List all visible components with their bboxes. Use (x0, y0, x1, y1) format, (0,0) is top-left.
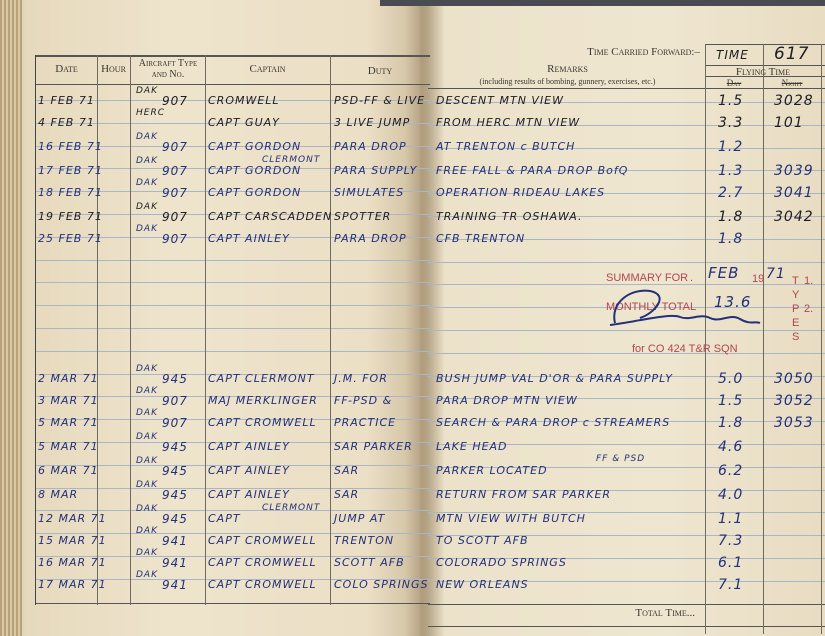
entry-duty: COLO SPRINGS (334, 578, 429, 591)
entry-remarks: SEARCH & PARA DROP c STREAMERS (436, 416, 670, 429)
total-time-label: Total Time... (560, 608, 695, 619)
entry-day-time: 1.5 (718, 393, 743, 409)
header-flying-time: Flying Time (705, 67, 821, 78)
entry-aircraft-type: DAK (136, 480, 158, 490)
entry-date: 2 MAR 71 (38, 372, 99, 385)
entry-remarks: CFB TRENTON (436, 232, 525, 245)
entry-aircraft-type: DAK (136, 86, 158, 96)
entry-remarks: AT TRENTON c BUTCH (436, 140, 575, 153)
entry-aircraft-no: 907 (162, 186, 188, 200)
entry-remarks: OPERATION RIDEAU LAKES (436, 186, 605, 199)
header-night: Night (763, 78, 821, 89)
entry-remarks-note: FF & PSD (596, 454, 645, 464)
entry-captain: CAPT GORDON (208, 164, 301, 177)
entry-date: 5 MAR 71 (38, 440, 99, 453)
entry-day-time: 1.8 (718, 415, 743, 431)
entry-remarks: NEW ORLEANS (436, 578, 529, 591)
background-strip (380, 0, 825, 6)
entry-day-time: 7.3 (718, 533, 743, 549)
header-top-rule (35, 55, 430, 57)
entry-duty: SAR (334, 464, 359, 477)
footer-rule-left (35, 603, 430, 604)
entry-remarks: COLORADO SPRINGS (436, 556, 567, 569)
entry-aircraft-type: DAK (136, 202, 158, 212)
entry-aircraft-no: 907 (162, 232, 188, 246)
carried-forward-value: 617 (774, 44, 809, 64)
entry-night-time: 3053 (774, 415, 814, 431)
entry-aircraft-no: 945 (162, 372, 188, 386)
entry-date: 3 MAR 71 (38, 394, 99, 407)
entry-duty: PARA DROP (334, 232, 407, 245)
ruled-line (428, 353, 825, 354)
entry-captain: CROMWELL (208, 94, 280, 107)
entry-duty: SAR (334, 488, 359, 501)
entry-remarks: PARKER LOCATED (436, 464, 548, 477)
entry-day-time: 3.3 (718, 115, 743, 131)
entry-aircraft-no: 907 (162, 416, 188, 430)
entry-duty: TRENTON (334, 534, 394, 547)
entry-day-time: 1.3 (718, 163, 743, 179)
entry-aircraft-no: 907 (162, 394, 188, 408)
page-edges (0, 0, 22, 636)
for-co-label: for CO 424 T&R SQN (632, 343, 738, 355)
entry-aircraft-type: DAK (136, 570, 158, 580)
col-night-right (821, 44, 822, 634)
ruled-line (428, 262, 825, 263)
entry-day-time: 5.0 (718, 371, 743, 387)
header-duty: Duty (330, 66, 430, 77)
entry-aircraft-type: DAK (136, 548, 158, 558)
entry-night-time: 3052 (774, 393, 814, 409)
entry-aircraft-type: DAK (136, 432, 158, 442)
entry-day-time: 1.5 (718, 93, 743, 109)
entry-captain: CAPT AINLEY (208, 488, 290, 501)
entry-captain: CAPT GUAY (208, 116, 280, 129)
logbook-spread: Date Hour Aircraft Type and No. Captain … (0, 0, 825, 636)
entry-remarks: RETURN FROM SAR PARKER (436, 488, 611, 501)
total-rule (428, 626, 825, 627)
entry-aircraft-no: 907 (162, 140, 188, 154)
header-captain: Captain (205, 64, 330, 75)
header-date: Date (36, 64, 97, 75)
entry-captain: CAPT AINLEY (208, 464, 290, 477)
types-letter: E (792, 317, 799, 329)
entry-remarks: TO SCOTT AFB (436, 534, 529, 547)
entry-day-time: 2.7 (718, 185, 743, 201)
entry-aircraft-type: DAK (136, 386, 158, 396)
entry-captain-correction: CLERMONT (262, 155, 320, 165)
entry-aircraft-no: 907 (162, 210, 188, 224)
entry-day-time: 6.2 (718, 463, 743, 479)
entry-date: 1 FEB 71 (38, 94, 95, 107)
entry-remarks: PARA DROP MTN VIEW (436, 394, 578, 407)
entry-captain: CAPT CROMWELL (208, 534, 317, 547)
type-2-label: 2. (804, 303, 813, 315)
time-carried-forward-label: Time Carried Forward:– (540, 47, 700, 58)
entry-aircraft-type: DAK (136, 408, 158, 418)
entry-day-time: 4.0 (718, 487, 743, 503)
entry-duty: PSD-FF & LIVE (334, 94, 425, 107)
header-bottom-rule (35, 84, 430, 85)
entry-date: 18 FEB 71 (38, 186, 103, 199)
entry-captain: CAPT AINLEY (208, 440, 290, 453)
ruled-line (35, 351, 430, 352)
entry-remarks: BUSH JUMP VAL D'OR & PARA SUPPLY (436, 372, 673, 385)
entry-remarks: FROM HERC MTN VIEW (436, 116, 580, 129)
carried-forward-time-label: TIME (716, 48, 749, 62)
types-letter: P (792, 303, 799, 315)
header-remarks-sub: (including results of bombing, gunnery, … (430, 76, 705, 87)
entry-day-time: 1.8 (718, 209, 743, 225)
entry-date: 25 FEB 71 (38, 232, 103, 245)
entry-day-time: 7.1 (718, 577, 743, 593)
entry-aircraft-no: 941 (162, 534, 188, 548)
entry-aircraft-no: 941 (162, 578, 188, 592)
entry-duty: SAR PARKER (334, 440, 413, 453)
entry-date: 5 MAR 71 (38, 416, 99, 429)
entry-captain: CAPT GORDON (208, 186, 301, 199)
entry-duty: PARA SUPPLY (334, 164, 417, 177)
entry-night-time: 101 (774, 115, 804, 131)
entry-aircraft-type: DAK (136, 224, 158, 234)
entry-duty: SPOTTER (334, 210, 391, 223)
entry-aircraft-type: DAK (136, 156, 158, 166)
entry-aircraft-no: 945 (162, 440, 188, 454)
summary-month: FEB (708, 264, 739, 282)
entry-captain: CAPT CARSCADDEN (208, 210, 332, 223)
entry-aircraft-no: 945 (162, 488, 188, 502)
entry-date: 15 MAR 71 (38, 534, 107, 547)
entry-captain: CAPT GORDON (208, 140, 301, 153)
footer-rule-right (428, 604, 825, 605)
entry-duty: SCOTT AFB (334, 556, 405, 569)
entry-captain: CAPT CLERMONT (208, 372, 315, 385)
entry-captain: CAPT (208, 512, 241, 525)
entry-captain: CAPT CROMWELL (208, 556, 317, 569)
entry-aircraft-type: DAK (136, 526, 158, 536)
entry-day-time: 1.8 (718, 231, 743, 247)
signature-icon (600, 283, 770, 343)
entry-duty: JUMP AT (334, 512, 385, 525)
ruled-line (35, 260, 430, 261)
header-aircraft: Aircraft Type and No. (133, 58, 203, 80)
entry-aircraft-type: HERC (136, 108, 165, 118)
entry-aircraft-type: DAK (136, 178, 158, 188)
types-letter: Y (792, 289, 799, 301)
entry-aircraft-no: 907 (162, 94, 188, 108)
entry-captain-correction: CLERMONT (262, 503, 320, 513)
entry-night-time: 3041 (774, 185, 814, 201)
entry-night-time: 3042 (774, 209, 814, 225)
entry-duty: J.M. FOR (334, 372, 388, 385)
entry-aircraft-type: DAK (136, 456, 158, 466)
entry-remarks: LAKE HEAD (436, 440, 508, 453)
summary-year-suffix: 71 (766, 266, 786, 282)
ruled-line (35, 305, 430, 306)
entry-captain: MAJ MERKLINGER (208, 394, 318, 407)
entry-day-time: 6.1 (718, 555, 743, 571)
entry-duty: PRACTICE (334, 416, 396, 429)
entry-night-time: 3050 (774, 371, 814, 387)
entry-duty: PARA DROP (334, 140, 407, 153)
entry-aircraft-no: 945 (162, 464, 188, 478)
entry-date: 12 MAR 71 (38, 512, 107, 525)
col-hour-divider (130, 55, 131, 605)
col-captain-divider (330, 55, 331, 605)
entry-date: 6 MAR 71 (38, 464, 99, 477)
entry-day-time: 4.6 (718, 439, 743, 455)
entry-aircraft-no: 907 (162, 164, 188, 178)
entry-aircraft-no: 945 (162, 512, 188, 526)
entry-remarks: DESCENT MTN VIEW (436, 94, 564, 107)
ruled-line (35, 282, 430, 283)
header-hour: Hour (97, 64, 130, 75)
entry-aircraft-no: 941 (162, 556, 188, 570)
entry-remarks: MTN VIEW WITH BUTCH (436, 512, 586, 525)
types-letter: S (792, 331, 799, 343)
left-margin-line (35, 55, 36, 605)
entry-aircraft-type: DAK (136, 504, 158, 514)
header-day: Day (705, 78, 763, 89)
entry-aircraft-type: DAK (136, 364, 158, 374)
entry-duty: 3 LIVE JUMP (334, 116, 410, 129)
entry-captain: CAPT AINLEY (208, 232, 290, 245)
entry-night-time: 3039 (774, 163, 814, 179)
entry-date: 16 FEB 71 (38, 140, 103, 153)
entry-day-time: 1.2 (718, 139, 743, 155)
entry-date: 4 FEB 71 (38, 116, 95, 129)
entry-remarks: FREE FALL & PARA DROP BofQ (436, 164, 628, 177)
entry-date: 19 FEB 71 (38, 210, 103, 223)
types-letter: T (792, 275, 799, 287)
entry-date: 8 MAR (38, 488, 78, 501)
entry-captain: CAPT CROMWELL (208, 578, 317, 591)
entry-remarks: TRAINING TR OSHAWA. (436, 210, 583, 223)
col-aircraft-divider (205, 55, 206, 605)
entry-date: 17 FEB 71 (38, 164, 103, 177)
entry-date: 17 MAR 71 (38, 578, 107, 591)
ruled-line (35, 328, 430, 329)
entry-captain: CAPT CROMWELL (208, 416, 317, 429)
type-1-label: 1. (804, 275, 813, 287)
entry-day-time: 1.1 (718, 511, 743, 527)
entry-night-time: 3028 (774, 93, 814, 109)
entry-duty: FF-PSD & (334, 394, 392, 407)
entry-date: 16 MAR 71 (38, 556, 107, 569)
header-remarks: Remarks (430, 64, 705, 75)
entry-duty: SIMULATES (334, 186, 404, 199)
entry-aircraft-type: DAK (136, 132, 158, 142)
